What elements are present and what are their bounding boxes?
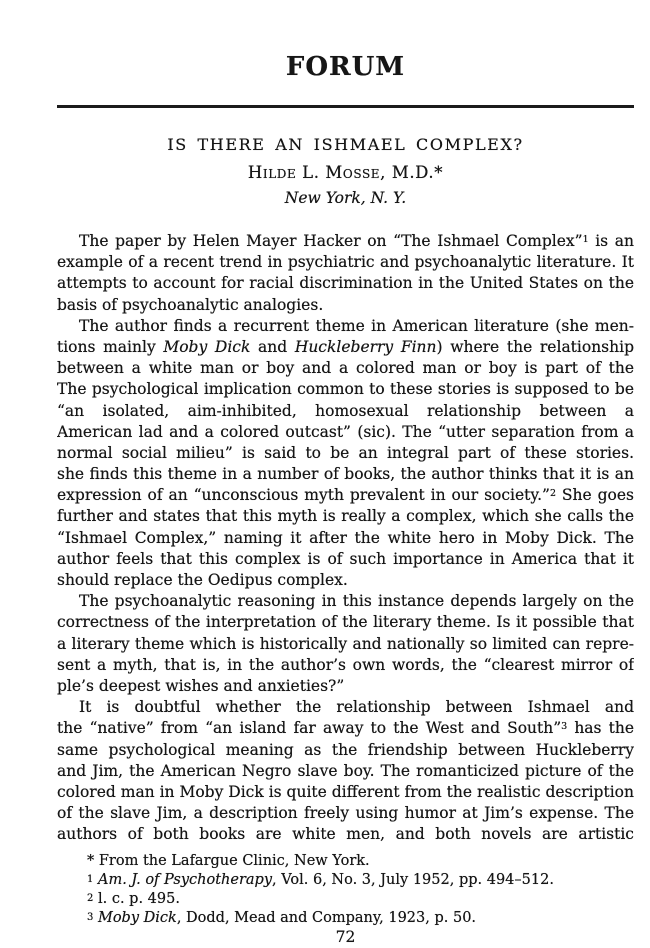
text-line: basis of psychoanalytic analogies.	[57, 295, 634, 316]
text-line: “an isolated, aim-inhibited, homosexual …	[57, 401, 634, 422]
text-line: It is doubtful whether the relationship …	[57, 697, 634, 718]
article-title: IS THERE AN ISHMAEL COMPLEX?	[57, 136, 634, 154]
text-line: and Jim, the American Negro slave boy. T…	[57, 761, 634, 782]
page-number: 72	[57, 928, 634, 946]
text-line: The paper by Helen Mayer Hacker on “The …	[57, 231, 634, 252]
journal-page: FORUM IS THERE AN ISHMAEL COMPLEX? Hilde…	[0, 0, 650, 948]
text-line: “Ishmael Complex,” naming it after the w…	[57, 528, 634, 549]
text-line: further and states that this myth is rea…	[57, 506, 634, 527]
text-line: between a white man or boy and a colored…	[57, 358, 634, 379]
text-line: she finds this theme in a number of book…	[57, 464, 634, 485]
paragraph: It is doubtful whether the relationship …	[57, 697, 634, 845]
text-line: colored man in Moby Dick is quite differ…	[57, 782, 634, 803]
text-line: The author finds a recurrent theme in Am…	[57, 316, 634, 337]
text-line: ple’s deepest wishes and anxieties?”	[57, 676, 634, 697]
footnote: 2 l. c. p. 495.	[57, 890, 634, 909]
article-location: New York, N. Y.	[57, 189, 634, 207]
paragraph: The author finds a recurrent theme in Am…	[57, 316, 634, 591]
text-line: authors of both books are white men, and…	[57, 824, 634, 845]
text-line: The psychological implication common to …	[57, 379, 634, 400]
text-line: correctness of the interpretation of the…	[57, 612, 634, 633]
text-line: expression of an “unconscious myth preva…	[57, 485, 634, 506]
article-body: The paper by Helen Mayer Hacker on “The …	[57, 231, 634, 845]
footnote-marker: 2	[550, 488, 556, 499]
paragraph: The psychoanalytic reasoning in this ins…	[57, 591, 634, 697]
text-line: attempts to account for racial discrimin…	[57, 273, 634, 294]
text-line: author feels that this complex is of suc…	[57, 549, 634, 570]
article-author: Hilde L. Mosse, M.D.*	[57, 164, 634, 182]
text-line: tions mainly Moby Dick and Huckleberry F…	[57, 337, 634, 358]
footnote-marker: 3	[87, 912, 93, 923]
text-line: same psychological meaning as the friend…	[57, 740, 634, 761]
footnote: 3 Moby Dick, Dodd, Mead and Company, 192…	[57, 909, 634, 928]
footnote: * From the Lafargue Clinic, New York.	[57, 852, 634, 871]
text-line: example of a recent trend in psychiatric…	[57, 252, 634, 273]
footnote-marker: 2	[87, 893, 93, 904]
paragraph: The paper by Helen Mayer Hacker on “The …	[57, 231, 634, 316]
footnote: 1 Am. J. of Psychotherapy, Vol. 6, No. 3…	[57, 871, 634, 890]
footnote-marker: 3	[561, 721, 567, 732]
footnote-marker: 1	[87, 874, 93, 885]
text-line: the “native” from “an island far away to…	[57, 718, 634, 739]
text-line: sent a myth, that is, in the author’s ow…	[57, 655, 634, 676]
text-line: normal social milieu” is said to be an i…	[57, 443, 634, 464]
text-line: The psychoanalytic reasoning in this ins…	[57, 591, 634, 612]
text-line: American lad and a colored outcast” (sic…	[57, 422, 634, 443]
footnote-marker: 1	[583, 234, 589, 245]
page-header: FORUM	[57, 0, 634, 83]
header-rule	[57, 105, 634, 108]
footnotes: * From the Lafargue Clinic, New York.1 A…	[57, 852, 634, 928]
text-line: should replace the Oedipus complex.	[57, 570, 634, 591]
text-line: of the slave Jim, a description freely u…	[57, 803, 634, 824]
text-line: a literary theme which is historically a…	[57, 634, 634, 655]
